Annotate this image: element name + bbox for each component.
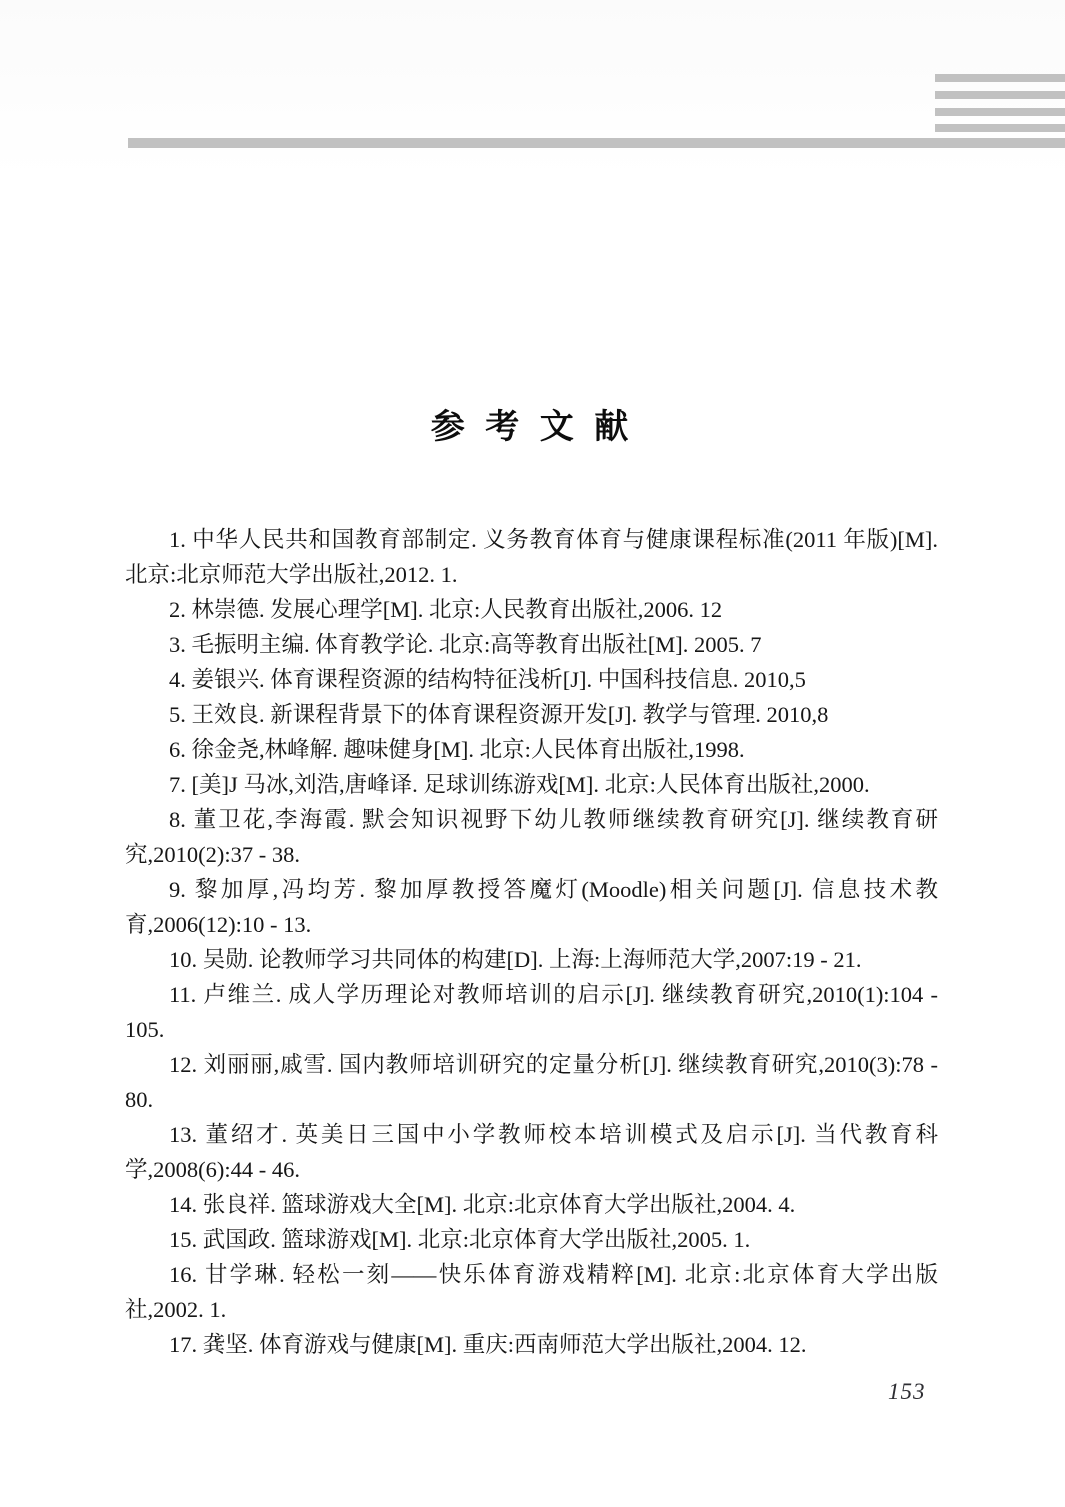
reference-item: 7. [美]J 马冰,刘浩,唐峰译. 足球训练游戏[M]. 北京:人民体育出版社… bbox=[125, 767, 938, 802]
reference-item: 15. 武国政. 篮球游戏[M]. 北京:北京体育大学出版社,2005. 1. bbox=[125, 1222, 938, 1257]
reference-item: 10. 吴勋. 论教师学习共同体的构建[D]. 上海:上海师范大学,2007:1… bbox=[125, 942, 938, 977]
reference-item: 4. 姜银兴. 体育课程资源的结构特征浅析[J]. 中国科技信息. 2010,5 bbox=[125, 662, 938, 697]
reference-item: 12. 刘丽丽,戚雪. 国内教师培训研究的定量分析[J]. 继续教育研究,201… bbox=[125, 1047, 938, 1117]
reference-item: 11. 卢维兰. 成人学历理论对教师培训的启示[J]. 继续教育研究,2010(… bbox=[125, 977, 938, 1047]
page-number: 153 bbox=[888, 1379, 926, 1405]
reference-item: 13. 董绍才. 英美日三国中小学教师校本培训模式及启示[J]. 当代教育科学,… bbox=[125, 1117, 938, 1187]
page-title: 参 考 文 献 bbox=[0, 399, 1065, 448]
references-list: 1. 中华人民共和国教育部制定. 义务教育体育与健康课程标准(2011 年版)[… bbox=[125, 522, 938, 1362]
header-stripe-decoration bbox=[935, 108, 1065, 116]
reference-item: 16. 甘学琳. 轻松一刻——快乐体育游戏精粹[M]. 北京:北京体育大学出版社… bbox=[125, 1257, 938, 1327]
reference-item: 17. 龚坚. 体育游戏与健康[M]. 重庆:西南师范大学出版社,2004. 1… bbox=[125, 1327, 938, 1362]
reference-item: 9. 黎加厚,冯均芳. 黎加厚教授答魔灯(Moodle)相关问题[J]. 信息技… bbox=[125, 872, 938, 942]
reference-item: 6. 徐金尧,林峰解. 趣味健身[M]. 北京:人民体育出版社,1998. bbox=[125, 732, 938, 767]
header-stripe-decoration bbox=[935, 74, 1065, 82]
header-rule-bar bbox=[128, 138, 1065, 148]
reference-item: 3. 毛振明主编. 体育教学论. 北京:高等教育出版社[M]. 2005. 7 bbox=[125, 627, 938, 662]
book-page: 参 考 文 献 1. 中华人民共和国教育部制定. 义务教育体育与健康课程标准(2… bbox=[0, 0, 1065, 1507]
reference-item: 5. 王效良. 新课程背景下的体育课程资源开发[J]. 教学与管理. 2010,… bbox=[125, 697, 938, 732]
reference-item: 8. 董卫花,李海霞. 默会知识视野下幼儿教师继续教育研究[J]. 继续教育研究… bbox=[125, 802, 938, 872]
header-stripe-decoration bbox=[935, 91, 1065, 99]
header-stripe-decoration bbox=[935, 124, 1065, 132]
reference-item: 14. 张良祥. 篮球游戏大全[M]. 北京:北京体育大学出版社,2004. 4… bbox=[125, 1187, 938, 1222]
reference-item: 1. 中华人民共和国教育部制定. 义务教育体育与健康课程标准(2011 年版)[… bbox=[125, 522, 938, 592]
reference-item: 2. 林崇德. 发展心理学[M]. 北京:人民教育出版社,2006. 12 bbox=[125, 592, 938, 627]
